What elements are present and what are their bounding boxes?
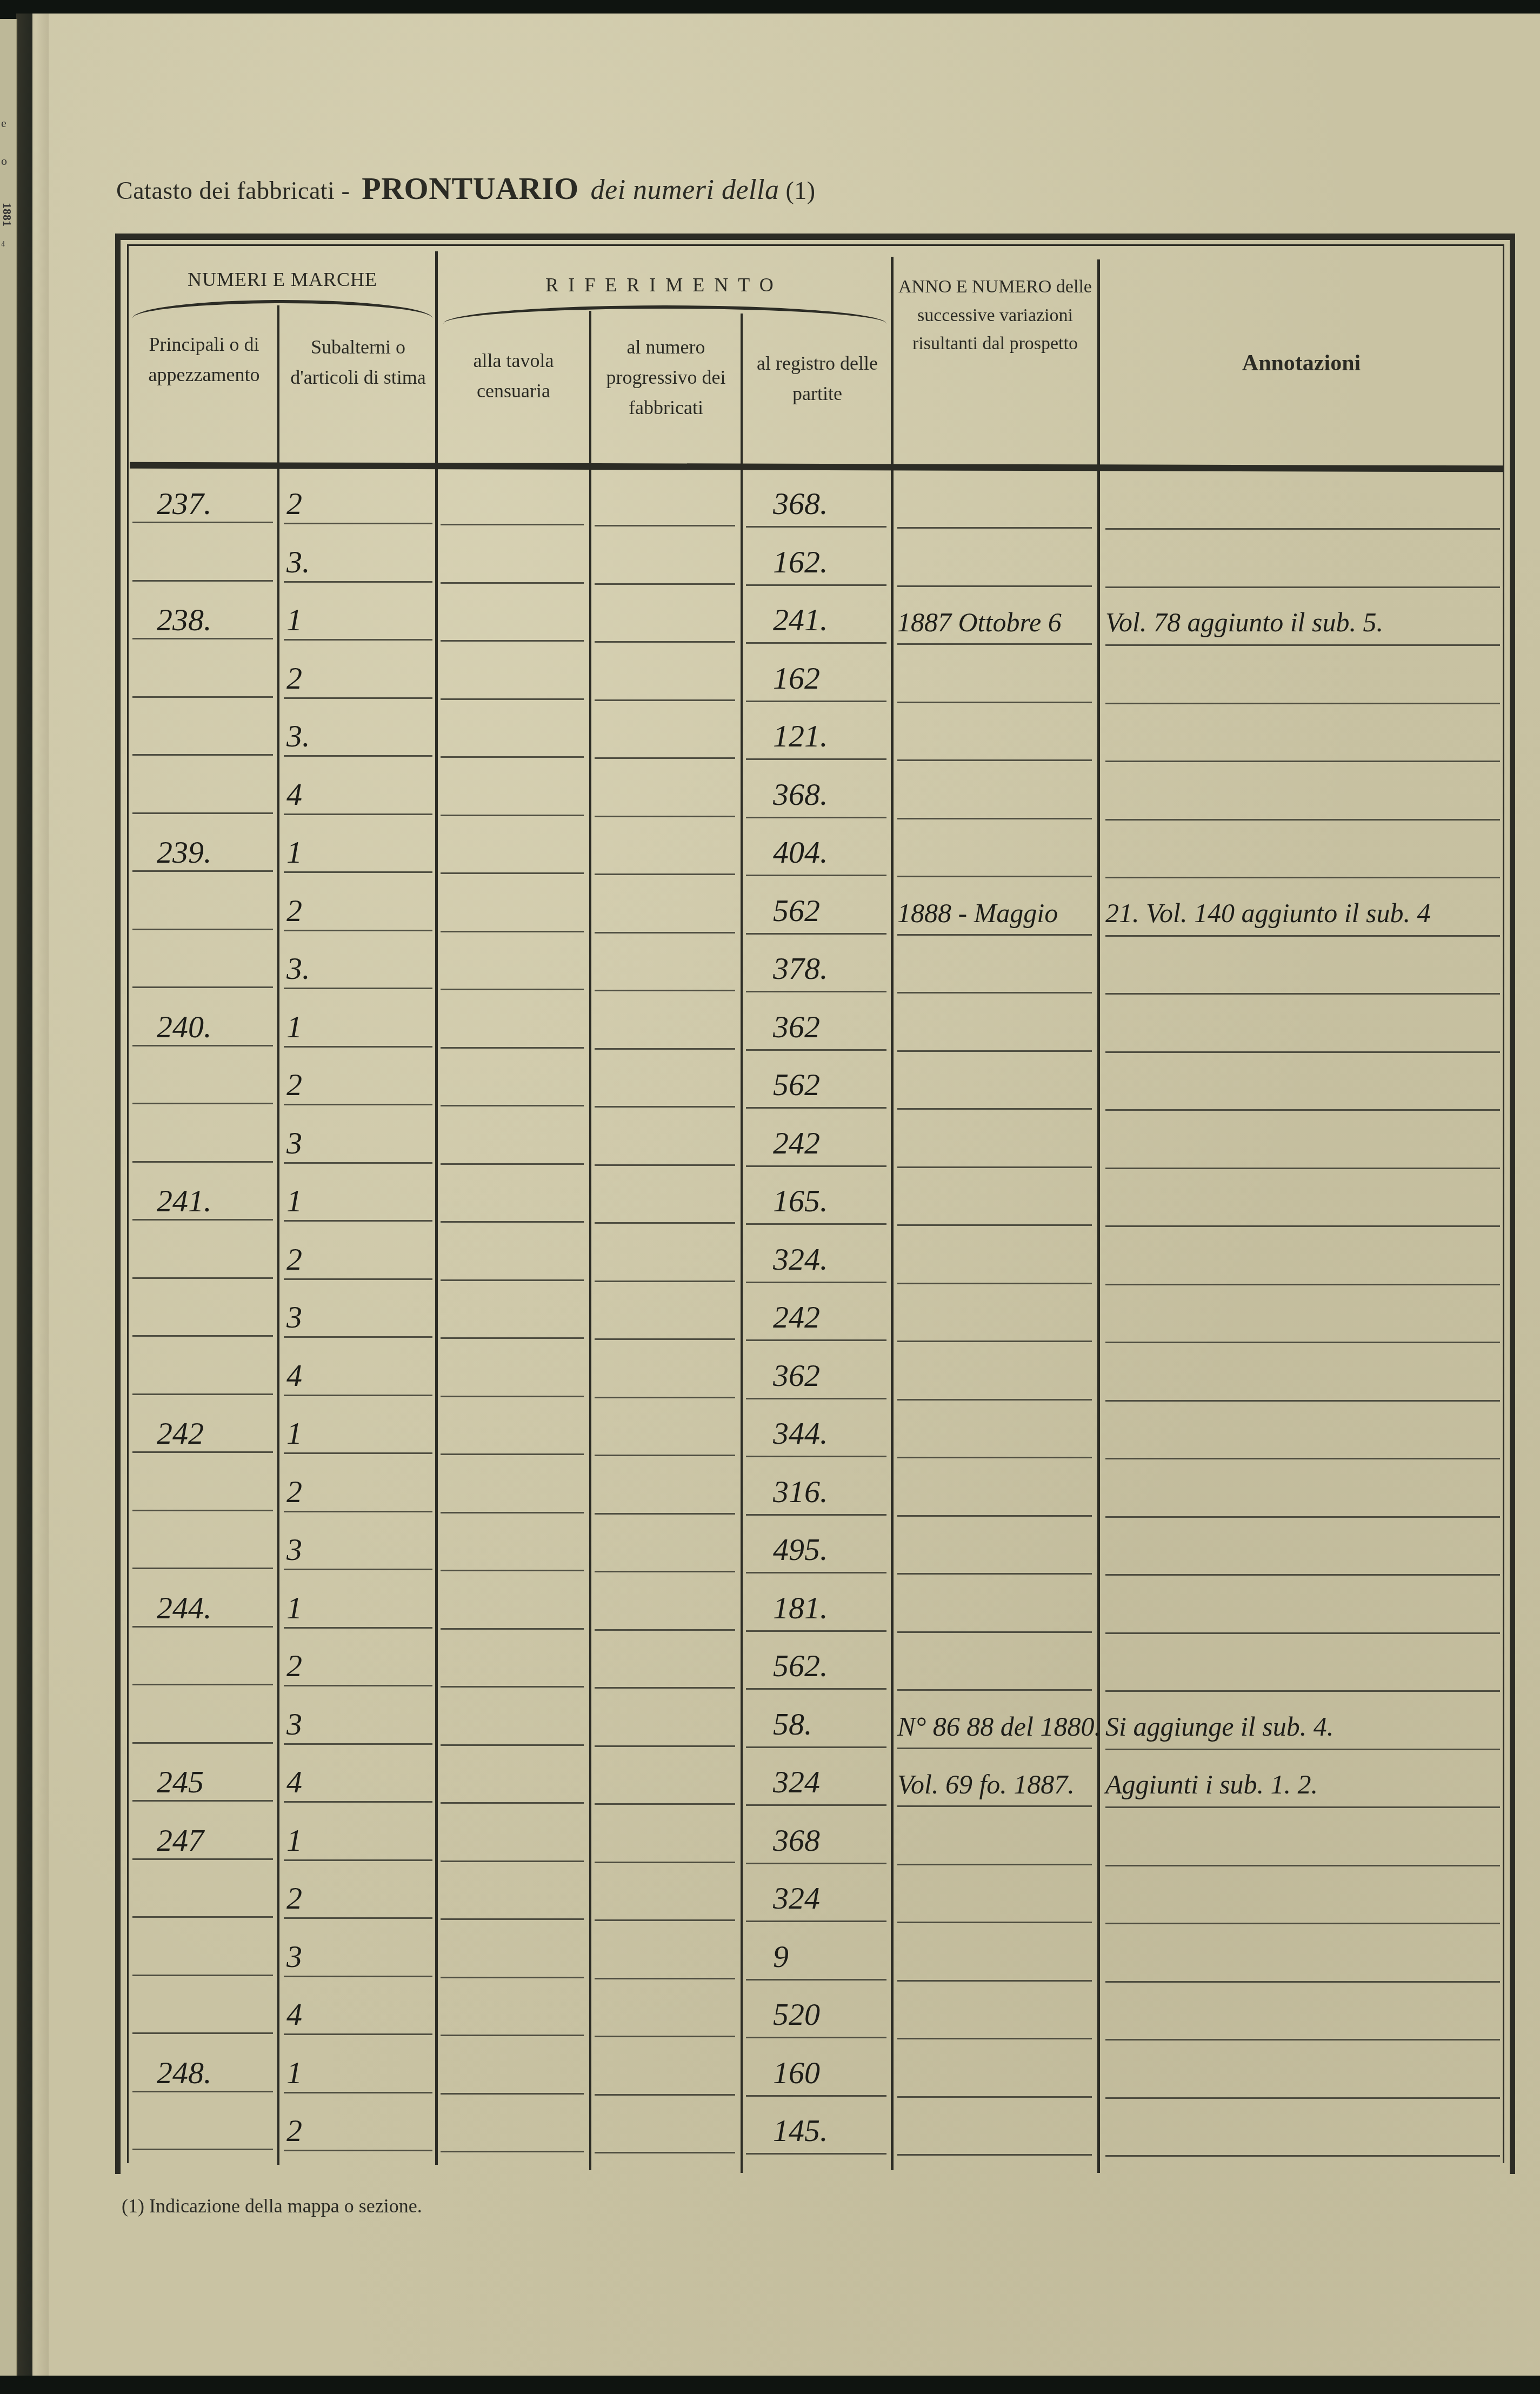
row-rule <box>284 2033 432 2035</box>
row-rule <box>284 581 432 583</box>
cell-registro: 368. <box>773 488 828 519</box>
row-rule <box>1105 2039 1500 2040</box>
header-col-registro-partite: al registro delle partite <box>745 349 890 409</box>
row-rule <box>441 582 584 584</box>
cell-principale: 247 <box>157 1825 204 1856</box>
row-rule <box>1105 1749 1500 1750</box>
row-rule <box>746 1049 886 1051</box>
row-rule <box>132 929 273 930</box>
row-rule <box>746 1456 886 1457</box>
row-rule <box>441 1570 584 1571</box>
row-rule <box>132 1975 273 1976</box>
row-rule <box>284 1278 432 1280</box>
cell-annotazioni: 21. Vol. 140 aggiunto il sub. 4 <box>1105 899 1430 926</box>
row-rule <box>595 1919 735 1921</box>
divider-anno-annotazioni <box>1097 259 1100 2173</box>
row-rule <box>897 1573 1092 1575</box>
row-rule <box>284 1395 432 1396</box>
cell-subalterno: 3 <box>286 1302 302 1333</box>
row-rule <box>595 1164 735 1166</box>
row-rule <box>441 1918 584 1920</box>
row-rule <box>284 871 432 873</box>
row-rule <box>595 1803 735 1805</box>
row-rule <box>1105 1865 1500 1866</box>
row-rule <box>746 1282 886 1283</box>
row-rule <box>132 2149 273 2150</box>
cell-subalterno: 3 <box>286 1709 302 1740</box>
row-rule <box>595 990 735 991</box>
cell-subalterno: 2 <box>286 1069 302 1101</box>
row-rule <box>595 757 735 759</box>
cell-subalterno: 1 <box>286 837 302 868</box>
row-rule <box>1105 1923 1500 1924</box>
row-rule <box>284 1511 432 1512</box>
cell-annotazioni: Vol. 78 aggiunto il sub. 5. <box>1105 609 1383 636</box>
row-rule <box>132 1684 273 1685</box>
row-rule <box>897 1864 1092 1865</box>
row-rule <box>897 2154 1092 2156</box>
book-spine <box>16 14 49 2381</box>
cell-registro: 520 <box>773 1999 820 2030</box>
row-rule <box>897 643 1092 645</box>
cell-registro: 362 <box>773 1011 820 1043</box>
cell-principale: 242 <box>157 1418 204 1449</box>
row-rule <box>132 2032 273 2034</box>
row-rule <box>441 1337 584 1339</box>
row-rule <box>595 1571 735 1572</box>
cell-registro: 324 <box>773 1883 820 1914</box>
row-rule <box>746 2153 886 2155</box>
row-rule <box>1105 935 1500 937</box>
cell-subalterno: 4 <box>286 1999 302 2030</box>
row-rule <box>897 1515 1092 1517</box>
cell-anno-numero: 1887 Ottobre 6 <box>897 609 1062 636</box>
previous-page-edge: e o 1881 4 <box>0 19 17 2386</box>
row-rule <box>441 815 584 816</box>
row-rule <box>441 1221 584 1223</box>
header-col-subalterni: Subalterni o d'articoli di stima <box>281 332 435 393</box>
row-rule <box>132 1277 273 1279</box>
cell-subalterno: 3. <box>286 546 310 578</box>
row-rule <box>441 1860 584 1862</box>
row-rule <box>441 1279 584 1281</box>
row-rule <box>595 1222 735 1224</box>
row-rule <box>284 755 432 757</box>
row-rule <box>595 699 735 701</box>
row-rule <box>746 1107 886 1109</box>
row-rule <box>746 1746 886 1748</box>
row-rule <box>1105 1981 1500 1983</box>
row-rule <box>441 1396 584 1397</box>
cell-subalterno: 3. <box>286 953 310 984</box>
row-rule <box>595 641 735 643</box>
row-rule <box>746 875 886 876</box>
row-rule <box>897 1457 1092 1458</box>
row-rule <box>284 1104 432 1105</box>
row-rule <box>1105 703 1500 704</box>
row-rule <box>284 523 432 524</box>
header-col-numero-progressivo: al numero progressivo dei fabbricati <box>593 332 739 423</box>
row-rule <box>132 1858 273 1860</box>
cell-principale: 240. <box>157 1011 212 1043</box>
row-rule <box>746 584 886 586</box>
cell-registro: 162. <box>773 546 828 578</box>
row-rule <box>132 1161 273 1163</box>
row-rule <box>1105 1342 1500 1343</box>
row-rule <box>746 1920 886 1922</box>
cell-subalterno: 2 <box>286 1883 302 1914</box>
row-rule <box>441 1802 584 1804</box>
margin-mark: o <box>1 154 7 168</box>
cell-registro: 242 <box>773 1302 820 1333</box>
row-rule <box>897 1224 1092 1226</box>
cell-registro: 324 <box>773 1766 820 1798</box>
cell-subalterno: 4 <box>286 1766 302 1798</box>
row-rule <box>595 1687 735 1689</box>
header-group-riferimento: RIFERIMENTO <box>438 270 891 301</box>
row-rule <box>284 1917 432 1919</box>
row-rule <box>746 1165 886 1167</box>
title-prefix: Catasto dei fabbricati - <box>116 177 350 204</box>
row-rule <box>746 1863 886 1864</box>
cell-registro: 368 <box>773 1825 820 1856</box>
cell-registro: 241. <box>773 604 828 636</box>
header-col-annotazioni: Annotazioni <box>1100 346 1503 381</box>
row-rule <box>1105 2155 1500 2157</box>
divider-numeri-riferimento <box>435 251 438 2165</box>
row-rule <box>897 1689 1092 1691</box>
page-title: Catasto dei fabbricati - PRONTUARIO dei … <box>116 170 816 206</box>
cell-registro: 562 <box>773 895 820 926</box>
row-rule <box>132 1451 273 1453</box>
row-rule <box>132 1626 273 1628</box>
cell-registro: 378. <box>773 953 828 984</box>
row-rule <box>595 525 735 526</box>
row-rule <box>595 1745 735 1747</box>
row-rule <box>441 989 584 990</box>
row-rule <box>284 1801 432 1803</box>
row-rule <box>284 930 432 931</box>
cell-subalterno: 1 <box>286 1011 302 1043</box>
cell-registro: 242 <box>773 1128 820 1159</box>
cell-anno-numero: Vol. 69 fo. 1887. <box>897 1771 1075 1798</box>
row-rule <box>897 527 1092 529</box>
row-rule <box>284 1336 432 1338</box>
row-rule <box>1105 1400 1500 1402</box>
margin-mark: 4 <box>1 241 5 249</box>
header-col-principali: Principali o di appezzamento <box>132 330 276 390</box>
divider-principali-subalterni <box>277 305 279 2165</box>
row-rule <box>132 1916 273 1918</box>
row-rule <box>1105 1109 1500 1111</box>
cell-registro: 368. <box>773 779 828 810</box>
cell-principale: 245 <box>157 1766 204 1798</box>
cell-annotazioni: Aggiunti i sub. 1. 2. <box>1105 1771 1318 1798</box>
cell-subalterno: 3 <box>286 1941 302 1972</box>
row-rule <box>284 813 432 815</box>
cell-subalterno: 1 <box>286 1592 302 1624</box>
title-main: PRONTUARIO <box>362 171 578 206</box>
row-rule <box>1105 1806 1500 1808</box>
row-rule <box>897 1805 1092 1807</box>
cell-registro: 58. <box>773 1709 812 1740</box>
cell-registro: 495. <box>773 1534 828 1565</box>
row-rule <box>746 1572 886 1573</box>
row-rule <box>1105 1225 1500 1227</box>
row-rule <box>132 638 273 639</box>
row-rule <box>897 1980 1092 1982</box>
cell-registro: 162 <box>773 663 820 694</box>
row-rule <box>897 1631 1092 1633</box>
row-rule <box>441 1744 584 1746</box>
cell-principale: 238. <box>157 604 212 636</box>
row-rule <box>441 2093 584 2095</box>
cell-principale: 237. <box>157 488 212 519</box>
cell-subalterno: 2 <box>286 2115 302 2146</box>
row-rule <box>132 580 273 582</box>
cell-registro: 404. <box>773 837 828 868</box>
row-rule <box>1105 1284 1500 1285</box>
row-rule <box>284 1046 432 1048</box>
row-rule <box>595 2094 735 2096</box>
row-rule <box>1105 644 1500 646</box>
cell-subalterno: 3 <box>286 1128 302 1159</box>
row-rule <box>441 1628 584 1630</box>
row-rule <box>1105 1574 1500 1576</box>
row-rule <box>132 1800 273 1802</box>
row-rule <box>595 1048 735 1050</box>
cell-principale: 244. <box>157 1592 212 1624</box>
row-rule <box>1105 586 1500 588</box>
row-rule <box>132 1393 273 1395</box>
row-rule <box>441 2151 584 2152</box>
row-rule <box>1105 1458 1500 1459</box>
row-rule <box>595 1455 735 1456</box>
cell-subalterno: 2 <box>286 488 302 519</box>
row-rule <box>1105 528 1500 530</box>
row-rule <box>746 1979 886 1980</box>
row-rule <box>132 1335 273 1337</box>
row-rule <box>897 702 1092 703</box>
row-rule <box>441 1105 584 1106</box>
row-rule <box>595 1862 735 1863</box>
row-rule <box>897 1108 1092 1110</box>
cell-subalterno: 4 <box>286 1360 302 1391</box>
row-rule <box>595 2152 735 2153</box>
row-rule <box>595 816 735 817</box>
row-rule <box>132 1103 273 1104</box>
row-rule <box>441 1686 584 1688</box>
cell-registro: 9 <box>773 1941 789 1972</box>
row-rule <box>897 818 1092 819</box>
row-rule <box>132 522 273 523</box>
cell-subalterno: 1 <box>286 1825 302 1856</box>
row-rule <box>132 812 273 814</box>
cell-registro: 160 <box>773 2057 820 2089</box>
row-rule <box>284 2150 432 2151</box>
row-rule <box>1105 819 1500 821</box>
row-rule <box>746 701 886 702</box>
cell-registro: 324. <box>773 1244 828 1275</box>
row-rule <box>897 1050 1092 1052</box>
row-rule <box>746 2095 886 2097</box>
row-rule <box>595 1513 735 1515</box>
header-group-numeri-e-marche: NUMERI E MARCHE <box>130 265 435 295</box>
row-rule <box>1105 1516 1500 1518</box>
cell-principale: 241. <box>157 1185 212 1217</box>
row-rule <box>284 2092 432 2093</box>
row-rule <box>132 986 273 988</box>
row-rule <box>897 934 1092 936</box>
row-rule <box>897 1399 1092 1401</box>
row-rule <box>284 1162 432 1164</box>
row-rule <box>1105 877 1500 878</box>
row-rule <box>132 754 273 756</box>
row-rule <box>284 1569 432 1570</box>
row-rule <box>897 992 1092 993</box>
row-rule <box>595 583 735 585</box>
row-rule <box>284 1976 432 1977</box>
row-rule <box>595 873 735 875</box>
cell-subalterno: 2 <box>286 1650 302 1682</box>
row-rule <box>441 931 584 932</box>
cell-subalterno: 2 <box>286 1476 302 1508</box>
row-rule <box>1105 993 1500 995</box>
row-rule <box>284 1743 432 1745</box>
row-rule <box>746 1223 886 1225</box>
row-rule <box>897 2038 1092 2039</box>
row-rule <box>441 756 584 758</box>
row-rule <box>746 991 886 992</box>
cell-principale: 248. <box>157 2057 212 2089</box>
cell-registro: 181. <box>773 1592 828 1624</box>
row-rule <box>441 872 584 874</box>
cell-subalterno: 1 <box>286 2057 302 2089</box>
row-rule <box>1105 761 1500 762</box>
row-rule <box>746 1514 886 1516</box>
row-rule <box>441 698 584 700</box>
title-suffix: dei numeri della <box>591 175 779 205</box>
cell-registro: 316. <box>773 1476 828 1508</box>
row-rule <box>284 1627 432 1629</box>
cell-registro: 362 <box>773 1360 820 1391</box>
row-rule <box>132 696 273 698</box>
row-rule <box>284 1452 432 1454</box>
cell-registro: 121. <box>773 721 828 752</box>
cell-registro: 562. <box>773 1650 828 1682</box>
row-rule <box>1105 1168 1500 1169</box>
margin-mark: 1881 <box>0 203 14 226</box>
row-rule <box>897 1166 1092 1168</box>
row-rule <box>746 758 886 760</box>
row-rule <box>746 1398 886 1399</box>
row-rule <box>595 1106 735 1108</box>
row-rule <box>132 1742 273 1744</box>
row-rule <box>132 870 273 872</box>
row-rule <box>284 697 432 699</box>
row-rule <box>284 1859 432 1861</box>
row-rule <box>441 1163 584 1165</box>
row-rule <box>595 2036 735 2037</box>
row-rule <box>746 642 886 644</box>
row-rule <box>746 933 886 935</box>
cell-subalterno: 2 <box>286 895 302 926</box>
row-rule <box>1105 2097 1500 2099</box>
row-rule <box>746 817 886 818</box>
cell-registro: 145. <box>773 2115 828 2146</box>
margin-mark: e <box>1 116 6 130</box>
row-rule <box>746 1688 886 1690</box>
cell-registro: 344. <box>773 1418 828 1449</box>
row-rule <box>897 876 1092 877</box>
header-col-anno-e-numero: ANNO E NUMERO delle successive variazion… <box>895 273 1096 358</box>
row-rule <box>132 1568 273 1569</box>
cell-anno-numero: N° 86 88 del 1880. <box>897 1713 1101 1740</box>
row-rule <box>595 932 735 933</box>
row-rule <box>897 1283 1092 1284</box>
cell-anno-numero: 1888 - Maggio <box>897 899 1058 926</box>
divider-numero-registro <box>741 314 743 2173</box>
cell-subalterno: 1 <box>286 1185 302 1217</box>
row-rule <box>132 1510 273 1511</box>
row-rule <box>897 759 1092 761</box>
row-rule <box>746 1339 886 1341</box>
row-rule <box>284 988 432 989</box>
row-rule <box>897 2096 1092 2098</box>
row-rule <box>441 1453 584 1455</box>
scan-background <box>0 2376 1540 2394</box>
cell-subalterno: 2 <box>286 1244 302 1275</box>
row-rule <box>441 1977 584 1978</box>
row-rule <box>1105 1632 1500 1634</box>
divider-riferimento-anno <box>891 257 894 2170</box>
row-rule <box>441 1047 584 1049</box>
row-rule <box>595 1978 735 1979</box>
row-rule <box>1105 1051 1500 1053</box>
header-col-tavola-censuaria: alla tavola censuaria <box>441 346 586 406</box>
row-rule <box>746 1804 886 1806</box>
row-rule <box>746 1630 886 1632</box>
row-rule <box>595 1397 735 1398</box>
cell-annotazioni: Si aggiunge il sub. 4. <box>1105 1713 1334 1740</box>
row-rule <box>441 2035 584 2036</box>
row-rule <box>897 585 1092 587</box>
row-rule <box>132 1045 273 1046</box>
cell-subalterno: 2 <box>286 663 302 694</box>
cell-subalterno: 1 <box>286 604 302 636</box>
cell-subalterno: 4 <box>286 779 302 810</box>
row-rule <box>1105 1690 1500 1692</box>
row-rule <box>897 1922 1092 1923</box>
cell-subalterno: 3 <box>286 1534 302 1565</box>
row-rule <box>746 526 886 528</box>
cell-subalterno: 1 <box>286 1418 302 1449</box>
cell-registro: 165. <box>773 1185 828 1217</box>
divider-tavola-numero <box>589 311 591 2170</box>
row-rule <box>441 640 584 642</box>
row-rule <box>897 1341 1092 1342</box>
cell-registro: 562 <box>773 1069 820 1101</box>
cell-principale: 239. <box>157 837 212 868</box>
row-rule <box>595 1338 735 1340</box>
row-rule <box>284 1220 432 1222</box>
row-rule <box>132 1219 273 1221</box>
row-rule <box>284 639 432 641</box>
row-rule <box>132 2091 273 2092</box>
row-rule <box>441 524 584 525</box>
row-rule <box>441 1512 584 1513</box>
cell-subalterno: 3. <box>286 721 310 752</box>
